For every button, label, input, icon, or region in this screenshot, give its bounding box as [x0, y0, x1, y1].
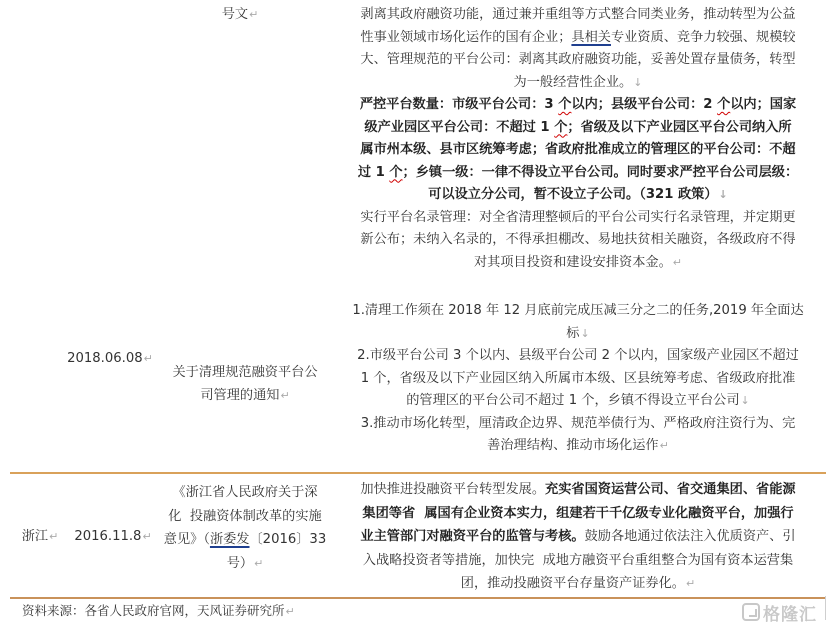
- province-text: 浙江: [22, 529, 48, 544]
- spellcheck-marked-text: 个: [389, 165, 402, 180]
- text-line: 级产业园区平台公司：不超过 1 个；省级及以下产业园区平台公司纳入所: [338, 117, 818, 140]
- text-line: 剥离其政府融资功能，通过兼并重组等方式整合同类业务，推动转型为公益: [338, 4, 818, 27]
- doc-number-tail: 号文↵: [150, 4, 330, 27]
- return-mark-icon: ↵: [660, 439, 669, 452]
- text-line: 对其项目投资和建设安排资本金。↵: [338, 252, 818, 275]
- return-mark-icon: ↵: [49, 530, 58, 543]
- table-row-divider: [10, 472, 826, 474]
- text-span: 可以设立分公司，暂不设立子公司。（321 政策）: [428, 187, 717, 202]
- text-span: 为一般经营性企业。: [514, 75, 633, 90]
- title-line: 司管理的通知↵: [155, 385, 335, 408]
- text-line: 善治理结构、推动市场化运作↵: [338, 435, 818, 458]
- spellcheck-marked-text: 个: [717, 97, 730, 112]
- title-line: 号）↵: [155, 552, 335, 576]
- document-page: 号文↵ 剥离其政府融资功能，通过兼并重组等方式整合同类业务，推动转型为公益 性事…: [0, 0, 826, 632]
- text-span: ；省级及以下产业园区平台公司纳入所: [567, 120, 791, 135]
- policy-content-top: 剥离其政府融资功能，通过兼并重组等方式整合同类业务，推动转型为公益 性事业领域市…: [338, 4, 818, 274]
- item-3: 3.推动市场化转型，厘清政企边界、规范举债行为、严格政府注资行为、完 善治理结构…: [338, 413, 818, 458]
- bold-text-span: 充实省国资运营公司、省交通集团、省能源: [545, 482, 796, 497]
- title-line: 化 投融资体制改革的实施: [155, 505, 335, 529]
- text-line: 的管理区的平台公司不超过 1 个，乡镇不得设立平台公司↓: [338, 390, 818, 413]
- watermark-logo-icon: [742, 603, 760, 621]
- text-span: 团，推动投融资平台存量资产证券化。: [461, 576, 685, 591]
- title-line: 关于清理规范融资平台公: [155, 362, 335, 385]
- text-line: 入战略投资者等措施，加快完 成地方融资平台重组整合为国有资本运营集: [338, 549, 818, 573]
- date-text: 2018.06.08: [67, 351, 143, 366]
- date-cell-2018: 2018.06.08↵: [60, 348, 160, 371]
- text-line: 性事业领域市场化运作的国有企业；具相关专业资质、竞争力较强、规模较: [338, 27, 818, 50]
- text-line: 实行平台名录管理：对全省清理整顿后的平台公司实行名录管理，并定期更: [338, 207, 818, 230]
- text-span: 的管理区的平台公司不超过 1 个，乡镇不得设立平台公司: [406, 393, 739, 408]
- text-line: 过 1 个；乡镇一级：一律不得设立平台公司。同时要求严控平台公司层级：: [338, 162, 818, 185]
- content-cell-zhejiang: 加快推进投融资平台转型发展。充实省国资运营公司、省交通集团、省能源 集团等省 属…: [338, 478, 818, 596]
- spellcheck-marked-text: 个: [558, 97, 571, 112]
- return-mark-icon: ↵: [286, 605, 295, 618]
- title-line: 意见》（浙委发〔2016〕33: [155, 528, 335, 552]
- text-line: 严控平台数量：市级平台公司：3 个以内；县级平台公司：2 个以内；国家: [338, 94, 818, 117]
- province-cell-zhejiang: 浙江↵: [12, 526, 68, 549]
- watermark: 格隆汇: [742, 600, 818, 624]
- line-break-icon: ↓: [741, 394, 750, 407]
- source-text: 资料来源：各省人民政府官网，天风证券研究所: [22, 603, 285, 618]
- doc-number-text: 号文: [222, 7, 248, 22]
- text-line: 大、管理规范的平台公司：剥离其政府融资功能，妥善处置存量债务，转型: [338, 49, 818, 72]
- return-mark-icon: ↵: [144, 352, 153, 365]
- line-break-icon: ↓: [580, 327, 589, 340]
- text-span: 对其项目投资和建设安排资本金。: [474, 255, 672, 270]
- date-text: 2016.11.8: [74, 529, 141, 544]
- text-line: 1 个，省级及以下产业园区纳入所属市本级、区县统筹考虑、省级政府批准: [338, 368, 818, 391]
- date-cell-zhejiang: 2016.11.8↵: [70, 526, 156, 549]
- text-line: 加快推进投融资平台转型发展。充实省国资运营公司、省交通集团、省能源: [338, 478, 818, 502]
- text-span: 级产业园区平台公司：不超过 1: [364, 120, 554, 135]
- text-line: 新公布；未纳入名录的，不得承担棚改、易地扶贫相关融资，各级政府不得: [338, 229, 818, 252]
- grammar-marked-text: 具相关: [571, 30, 611, 45]
- return-mark-icon: ↵: [249, 8, 258, 21]
- watermark-text: 格隆汇: [763, 600, 817, 625]
- text-span: 鼓励各地通过依法注入优质资产、引: [585, 529, 796, 544]
- spellcheck-marked-text: 个: [554, 120, 567, 135]
- line-break-icon: ↓: [633, 76, 642, 89]
- text-line: 1.清理工作须在 2018 年 12 月底前完成压减三分之二的任务,2019 年…: [338, 300, 818, 323]
- text-span: 性事业领域市场化运作的国有企业；: [360, 30, 571, 45]
- return-mark-icon: ↵: [254, 557, 263, 570]
- text-line: 业主管部门对融资平台的监管与考核。鼓励各地通过依法注入优质资产、引: [338, 525, 818, 549]
- text-span: 司管理的通知: [200, 388, 279, 403]
- grammar-marked-text: 浙委发: [210, 532, 250, 547]
- text-line: 标↓: [338, 323, 818, 346]
- text-line: 2.市级平台公司 3 个以内、县级平台公司 2 个以内，国家级产业园区不超过: [338, 345, 818, 368]
- text-line: 团，推动投融资平台存量资产证券化。↵: [338, 572, 818, 596]
- text-line: 为一般经营性企业。↓: [338, 72, 818, 95]
- return-mark-icon: ↵: [142, 530, 151, 543]
- paragraph-1: 剥离其政府融资功能，通过兼并重组等方式整合同类业务，推动转型为公益 性事业领域市…: [338, 4, 818, 94]
- item-2: 2.市级平台公司 3 个以内、县级平台公司 2 个以内，国家级产业园区不超过 1…: [338, 345, 818, 413]
- title-cell-2018: 关于清理规范融资平台公 司管理的通知↵: [155, 362, 335, 407]
- text-span: 号）: [227, 556, 253, 571]
- bold-text-span: 业主管部门对融资平台的监管与考核。: [360, 529, 584, 544]
- text-span: 严控平台数量：市级平台公司：3: [360, 97, 558, 112]
- text-span: ；乡镇一级：一律不得设立平台公司。同时要求严控平台公司层级：: [403, 165, 799, 180]
- text-line: 属市州本级、县市区统筹考虑；省政府批准成立的管理区的平台公司：不超: [338, 139, 818, 162]
- title-cell-zhejiang: 《浙江省人民政府关于深 化 投融资体制改革的实施 意见》（浙委发〔2016〕33…: [155, 481, 335, 575]
- return-mark-icon: ↵: [280, 389, 289, 402]
- paragraph-3: 实行平台名录管理：对全省清理整顿后的平台公司实行名录管理，并定期更 新公布；未纳…: [338, 207, 818, 275]
- title-line: 《浙江省人民政府关于深: [155, 481, 335, 505]
- return-mark-icon: ↵: [673, 256, 682, 269]
- text-span: 加快推进投融资平台转型发展。: [360, 482, 545, 497]
- table-bottom-rule: [10, 597, 826, 599]
- text-span: 〔2016〕33: [250, 532, 327, 547]
- paragraph-2-bold: 严控平台数量：市级平台公司：3 个以内；县级平台公司：2 个以内；国家 级产业园…: [338, 94, 818, 207]
- text-line: 集团等省 属国有企业资本实力，组建若干千亿级专业化融资平台，加强行: [338, 502, 818, 526]
- content-cell-2018: 1.清理工作须在 2018 年 12 月底前完成压减三分之二的任务,2019 年…: [338, 300, 818, 458]
- text-span: 过 1: [358, 165, 390, 180]
- text-span: 标: [566, 326, 579, 341]
- source-note: 资料来源：各省人民政府官网，天风证券研究所↵: [22, 601, 295, 619]
- text-span: 专业资质、竞争力较强、规模较: [611, 30, 796, 45]
- text-span: 以内；县级平台公司：2: [571, 97, 717, 112]
- line-break-icon: ↓: [719, 188, 728, 201]
- text-span: 意见》（: [164, 532, 210, 547]
- text-span: 以内；国家: [730, 97, 796, 112]
- return-mark-icon: ↵: [686, 577, 695, 590]
- text-line: 可以设立分公司，暂不设立子公司。（321 政策）↓: [338, 184, 818, 207]
- item-1: 1.清理工作须在 2018 年 12 月底前完成压减三分之二的任务,2019 年…: [338, 300, 818, 345]
- text-line: 3.推动市场化转型，厘清政企边界、规范举债行为、严格政府注资行为、完: [338, 413, 818, 436]
- text-span: 善治理结构、推动市场化运作: [487, 438, 658, 453]
